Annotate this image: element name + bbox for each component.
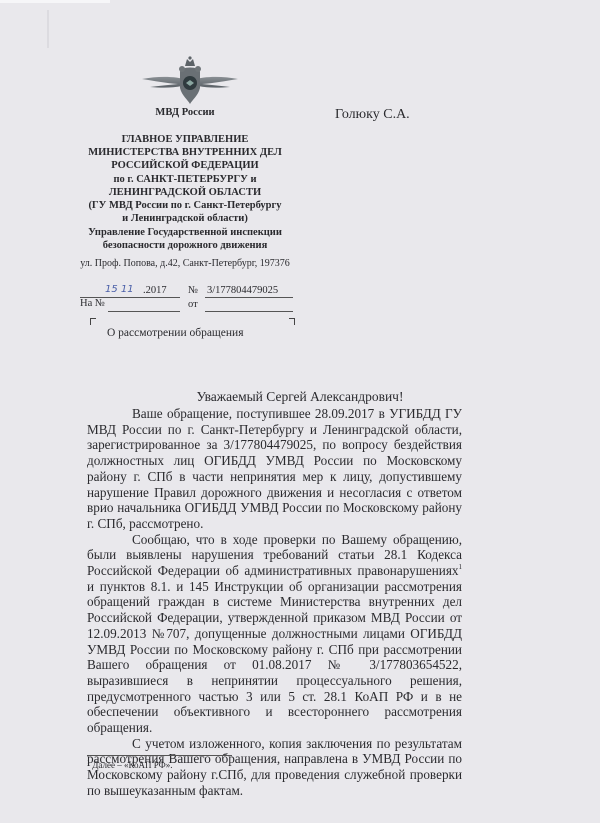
footnote-divider [87, 755, 232, 756]
department-line: Управление Государственной инспекции [70, 226, 300, 239]
mvd-emblem-icon [140, 54, 240, 108]
agency-short-name: МВД России [70, 107, 300, 118]
agency-line: (ГУ МВД России по г. Санкт-Петербургу [70, 199, 300, 212]
agency-line: ЛЕНИНГРАДСКОЙ ОБЛАСТИ [70, 186, 300, 199]
agency-full-name: ГЛАВНОЕ УПРАВЛЕНИЕ МИНИСТЕРСТВА ВНУТРЕНН… [70, 133, 300, 225]
outgoing-number: 3/177804479025 [207, 285, 278, 296]
salutation: Уважаемый Сергей Александрович! [0, 389, 600, 405]
agency-line: РОССИЙСКОЙ ФЕДЕРАЦИИ [70, 159, 300, 172]
agency-line: МИНИСТЕРСТВА ВНУТРЕННИХ ДЕЛ [70, 146, 300, 159]
agency-address: ул. Проф. Попова, д.42, Санкт-Петербург,… [70, 258, 300, 269]
agency-line: по г. САНКТ-ПЕТЕРБУРГУ и [70, 173, 300, 186]
department-line: безопасности дорожного движения [70, 239, 300, 252]
handwritten-date: 15 11 [105, 284, 134, 295]
footnote-ref: 1 [459, 563, 463, 571]
scan-artifact [0, 0, 110, 3]
footnote: 1 Далее – «КоАП РФ». [87, 760, 172, 770]
letter-body: Ваше обращение, поступившее 28.09.2017 в… [87, 406, 462, 799]
scan-artifact [47, 10, 49, 48]
date-year: .2017 [143, 285, 167, 296]
letter-subject: О рассмотрении обращения [107, 327, 244, 339]
department-name: Управление Государственной инспекции без… [70, 226, 300, 252]
recipient-name: Голюку С.А. [335, 107, 410, 123]
agency-line: и Ленинградской области) [70, 212, 300, 225]
reference-number-label: На № [80, 298, 105, 309]
paragraph-text: и пунктов 8.1. и 145 Инструкции об орган… [87, 579, 462, 735]
corner-mark-right [289, 318, 295, 325]
reference-number-field [108, 311, 180, 312]
number-underline [205, 297, 293, 298]
corner-mark-left [90, 318, 96, 325]
number-label: № [188, 285, 198, 296]
footnote-text: Далее – «КоАП РФ». [90, 760, 172, 770]
paragraph: Сообщаю, что в ходе проверки по Вашему о… [87, 532, 462, 736]
paragraph-text: Сообщаю, что в ходе проверки по Вашему о… [87, 532, 462, 578]
reference-date-label: от [188, 299, 198, 310]
agency-line: ГЛАВНОЕ УПРАВЛЕНИЕ [70, 133, 300, 146]
reference-date-field [205, 311, 293, 312]
paragraph: Ваше обращение, поступившее 28.09.2017 в… [87, 406, 462, 532]
